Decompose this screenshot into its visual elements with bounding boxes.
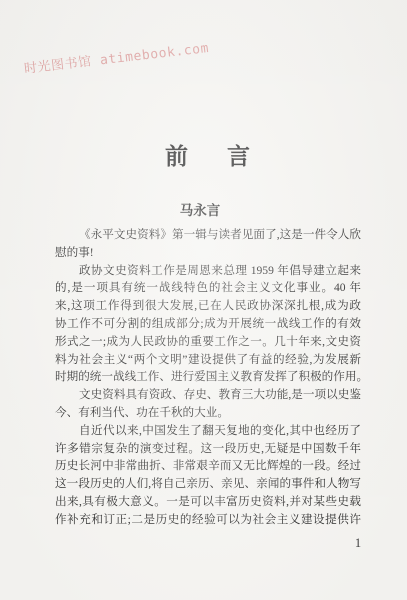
body-line: 料为社会主义“两个文明”建设提供了有益的经验,为发展新 [55,351,361,369]
body-line: 出来,具有极大意义。一是可以丰富历史资料,并对某些史载 [55,493,361,511]
body-line: 来,这项工作得到很大发展,已在人民政协深深扎根,成为政 [55,297,361,315]
scanned-book-page: 时光图书馆 atimebook.com 前 言 马永言 《永平文史资料》第一辑与… [0,0,407,600]
page-title: 前 言 [55,144,361,170]
title-char-2: 言 [227,144,251,170]
body-line: 今、有利当代、功在千秋的大业。 [55,404,361,422]
preface-body: 《永平文史资料》第一辑与读者见面了,这是一件令人欣 慰的事! 政协文史资料工作是… [55,226,361,529]
body-line: 文史资料具有资政、存史、教育三大功能,是一项以史鉴 [55,386,361,404]
body-line: 这一段历史的人们,将自己亲历、亲见、亲闻的事件和人物写 [55,475,361,493]
library-watermark: 时光图书馆 atimebook.com [23,37,210,77]
body-line: 《永平文史资料》第一辑与读者见面了,这是一件令人欣 [55,226,361,244]
body-line: 时期的统一战线工作、进行爱国主义教育发挥了积极的作用。 [55,368,361,386]
title-char-1: 前 [165,144,189,170]
author-name: 马永言 [55,199,345,219]
body-line: 协工作不可分割的组成部分;成为开展统一战线工作的有效 [55,315,361,333]
body-line: 的,是一项具有统一战线特色的社会主义文化事业。40 年 [55,279,361,297]
body-line: 许多错宗复杂的演变过程。这一段历史,无疑是中国数千年 [55,440,361,458]
body-line: 历史长河中非常曲折、非常艰辛而又无比辉煌的一段。经过 [55,457,361,475]
body-line: 自近代以来,中国发生了翻天复地的变化,其中也经历了 [55,422,361,440]
body-line: 慰的事! [55,244,361,262]
body-line: 政协文史资料工作是周恩来总理 1959 年倡导建立起来 [55,262,361,280]
body-line: 作补充和订正;二是历史的经验可以为社会主义建设提供许 [55,511,361,529]
body-line: 形式之一;成为人民政协的重要工作之一。几十年来,文史资 [55,333,361,351]
page-number: 1 [348,536,368,551]
